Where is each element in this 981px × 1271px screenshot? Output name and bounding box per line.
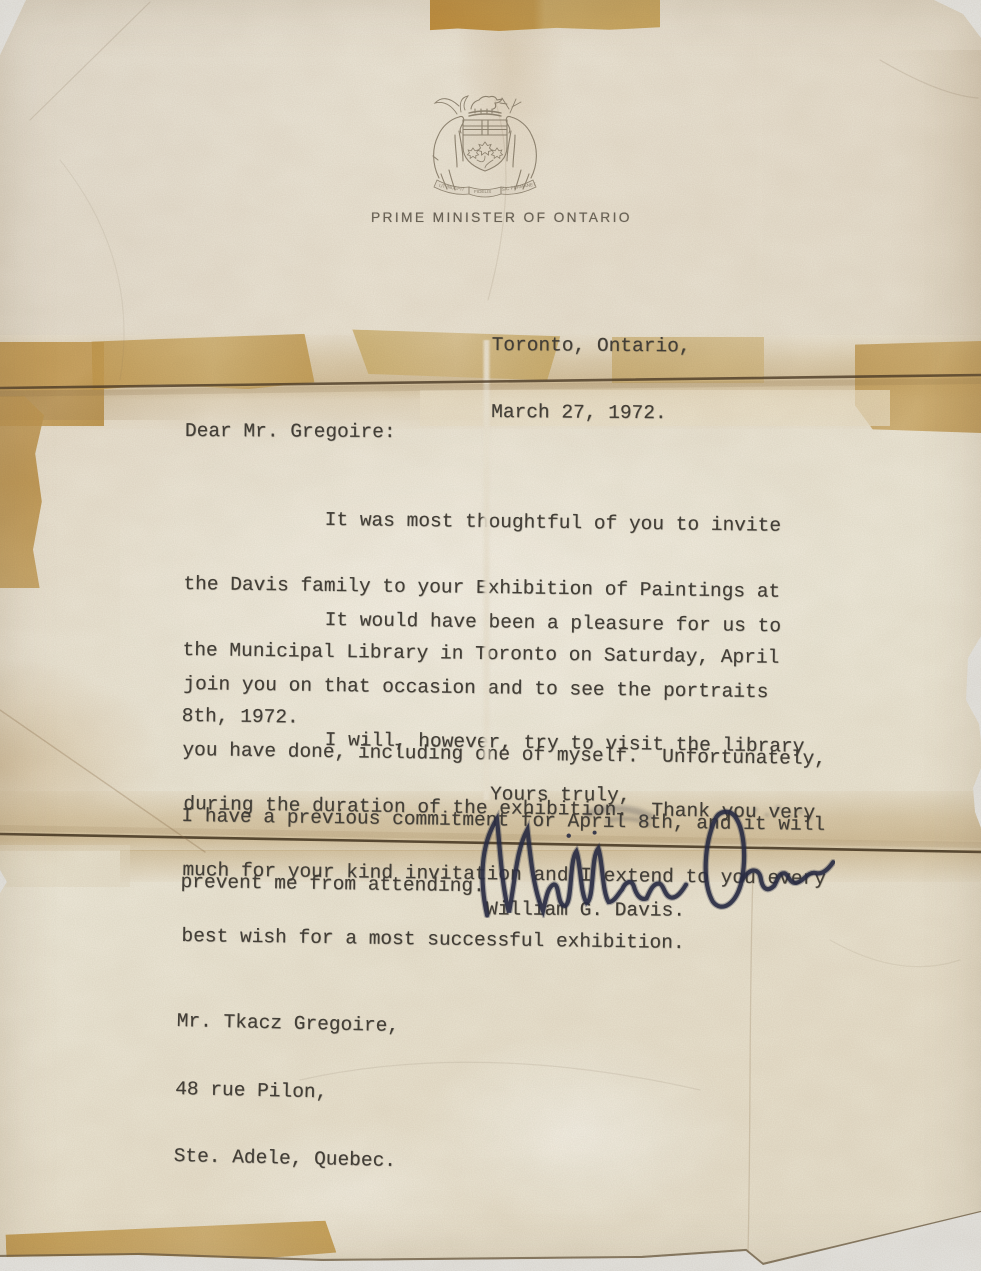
typed-line: best wish for a most successful exhibiti… — [181, 925, 825, 956]
recipient-address: Mr. Tkacz Gregoire, 48 rue Pilon, Ste. A… — [172, 966, 400, 1217]
tape-fold1-a — [91, 334, 314, 393]
dateline: Toronto, Ontario, March 27, 1972. — [491, 290, 691, 468]
crest-motto-center: FIDELIS — [474, 189, 491, 194]
address-line-1: Mr. Tkacz Gregoire, — [176, 1010, 399, 1039]
signature-scrawl — [455, 788, 835, 918]
signature-smudge — [585, 806, 813, 826]
scanned-letter: UT INCEPIT FIDELIS SIC PERMANET PRIME MI… — [0, 0, 981, 1271]
dateline-city: Toronto, Ontario, — [492, 334, 691, 357]
letterhead-title: PRIME MINISTER OF ONTARIO — [371, 210, 632, 225]
lower-left-tan-wash — [0, 660, 160, 870]
vertical-fold-streak — [482, 340, 491, 800]
tape-piece-left-edge — [0, 396, 44, 588]
tape-piece-top — [430, 0, 660, 31]
vertical-fold-streak-top — [756, 4, 763, 334]
salutation-line: Dear Mr. Gregoire: — [185, 420, 396, 443]
tape-fold1-right — [855, 341, 981, 433]
letter-paper: UT INCEPIT FIDELIS SIC PERMANET PRIME MI… — [0, 0, 981, 1271]
address-line-2: 48 rue Pilon, — [175, 1077, 398, 1106]
dateline-date: March 27, 1972. — [491, 401, 690, 424]
typed-line: It would have been a pleasure for us to — [184, 607, 828, 638]
right-edge-shade — [890, 50, 981, 370]
bottom-blotch-1 — [420, 1030, 740, 1230]
tape-piece-bottom-left — [5, 1220, 336, 1269]
address-line-3: Ste. Adele, Quebec. — [173, 1145, 396, 1174]
typed-line: I will, however, try to visit the librar… — [184, 727, 828, 758]
ontario-crest-icon: UT INCEPIT FIDELIS SIC PERMANET — [424, 90, 546, 200]
fold2-left-light — [0, 845, 130, 887]
